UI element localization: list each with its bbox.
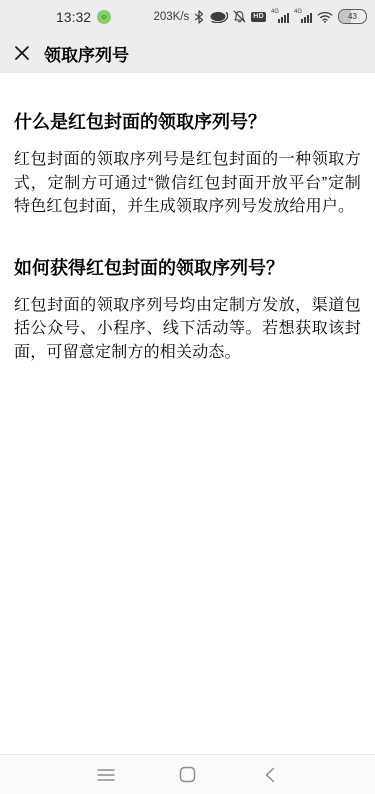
data-saver-icon xyxy=(209,10,228,23)
section-body-how-to-get: 红包封面的领取序列号均由定制方发放，渠道包括公众号、小程序、线下活动等。若想获取… xyxy=(14,294,361,365)
home-button[interactable] xyxy=(178,765,198,785)
section-body-what-is: 红包封面的领取序列号是红包封面的一种领取方式，定制方可通过“微信红包封面开放平台… xyxy=(14,148,361,219)
status-bar: 13:32 203K/s xyxy=(0,0,375,33)
battery-icon: 43 xyxy=(338,9,367,24)
recents-button[interactable] xyxy=(96,765,116,785)
section-heading-what-is: 什么是红包封面的领取序列号？ xyxy=(14,110,361,135)
navigation-bar: 领取序列号 xyxy=(0,33,375,73)
signal-sim1-icon: 4G xyxy=(271,10,289,24)
content-area: 什么是红包封面的领取序列号？ 红包封面的领取序列号是红包封面的一种领取方式，定制… xyxy=(0,110,375,364)
system-navigation-bar xyxy=(0,754,375,794)
bluetooth-icon xyxy=(194,10,204,24)
close-icon[interactable] xyxy=(12,43,32,63)
clock: 13:32 xyxy=(56,9,91,25)
signal-sim2-icon: 4G xyxy=(294,10,312,24)
phone-screen: 13:32 203K/s xyxy=(0,0,375,794)
section-heading-how-to-get: 如何获得红包封面的领取序列号？ xyxy=(14,256,361,281)
notifications-muted-icon xyxy=(233,10,246,23)
page-title: 领取序列号 xyxy=(44,41,129,66)
status-bar-right: 203K/s HD 4G xyxy=(153,9,367,24)
network-speed: 203K/s xyxy=(153,11,189,23)
volte-hd-icon: HD xyxy=(251,12,266,22)
wifi-icon xyxy=(317,11,333,23)
battery-percentage: 43 xyxy=(348,11,357,22)
app-status-badge-icon xyxy=(97,10,111,24)
back-button[interactable] xyxy=(260,765,280,785)
status-bar-left: 13:32 xyxy=(56,9,111,25)
